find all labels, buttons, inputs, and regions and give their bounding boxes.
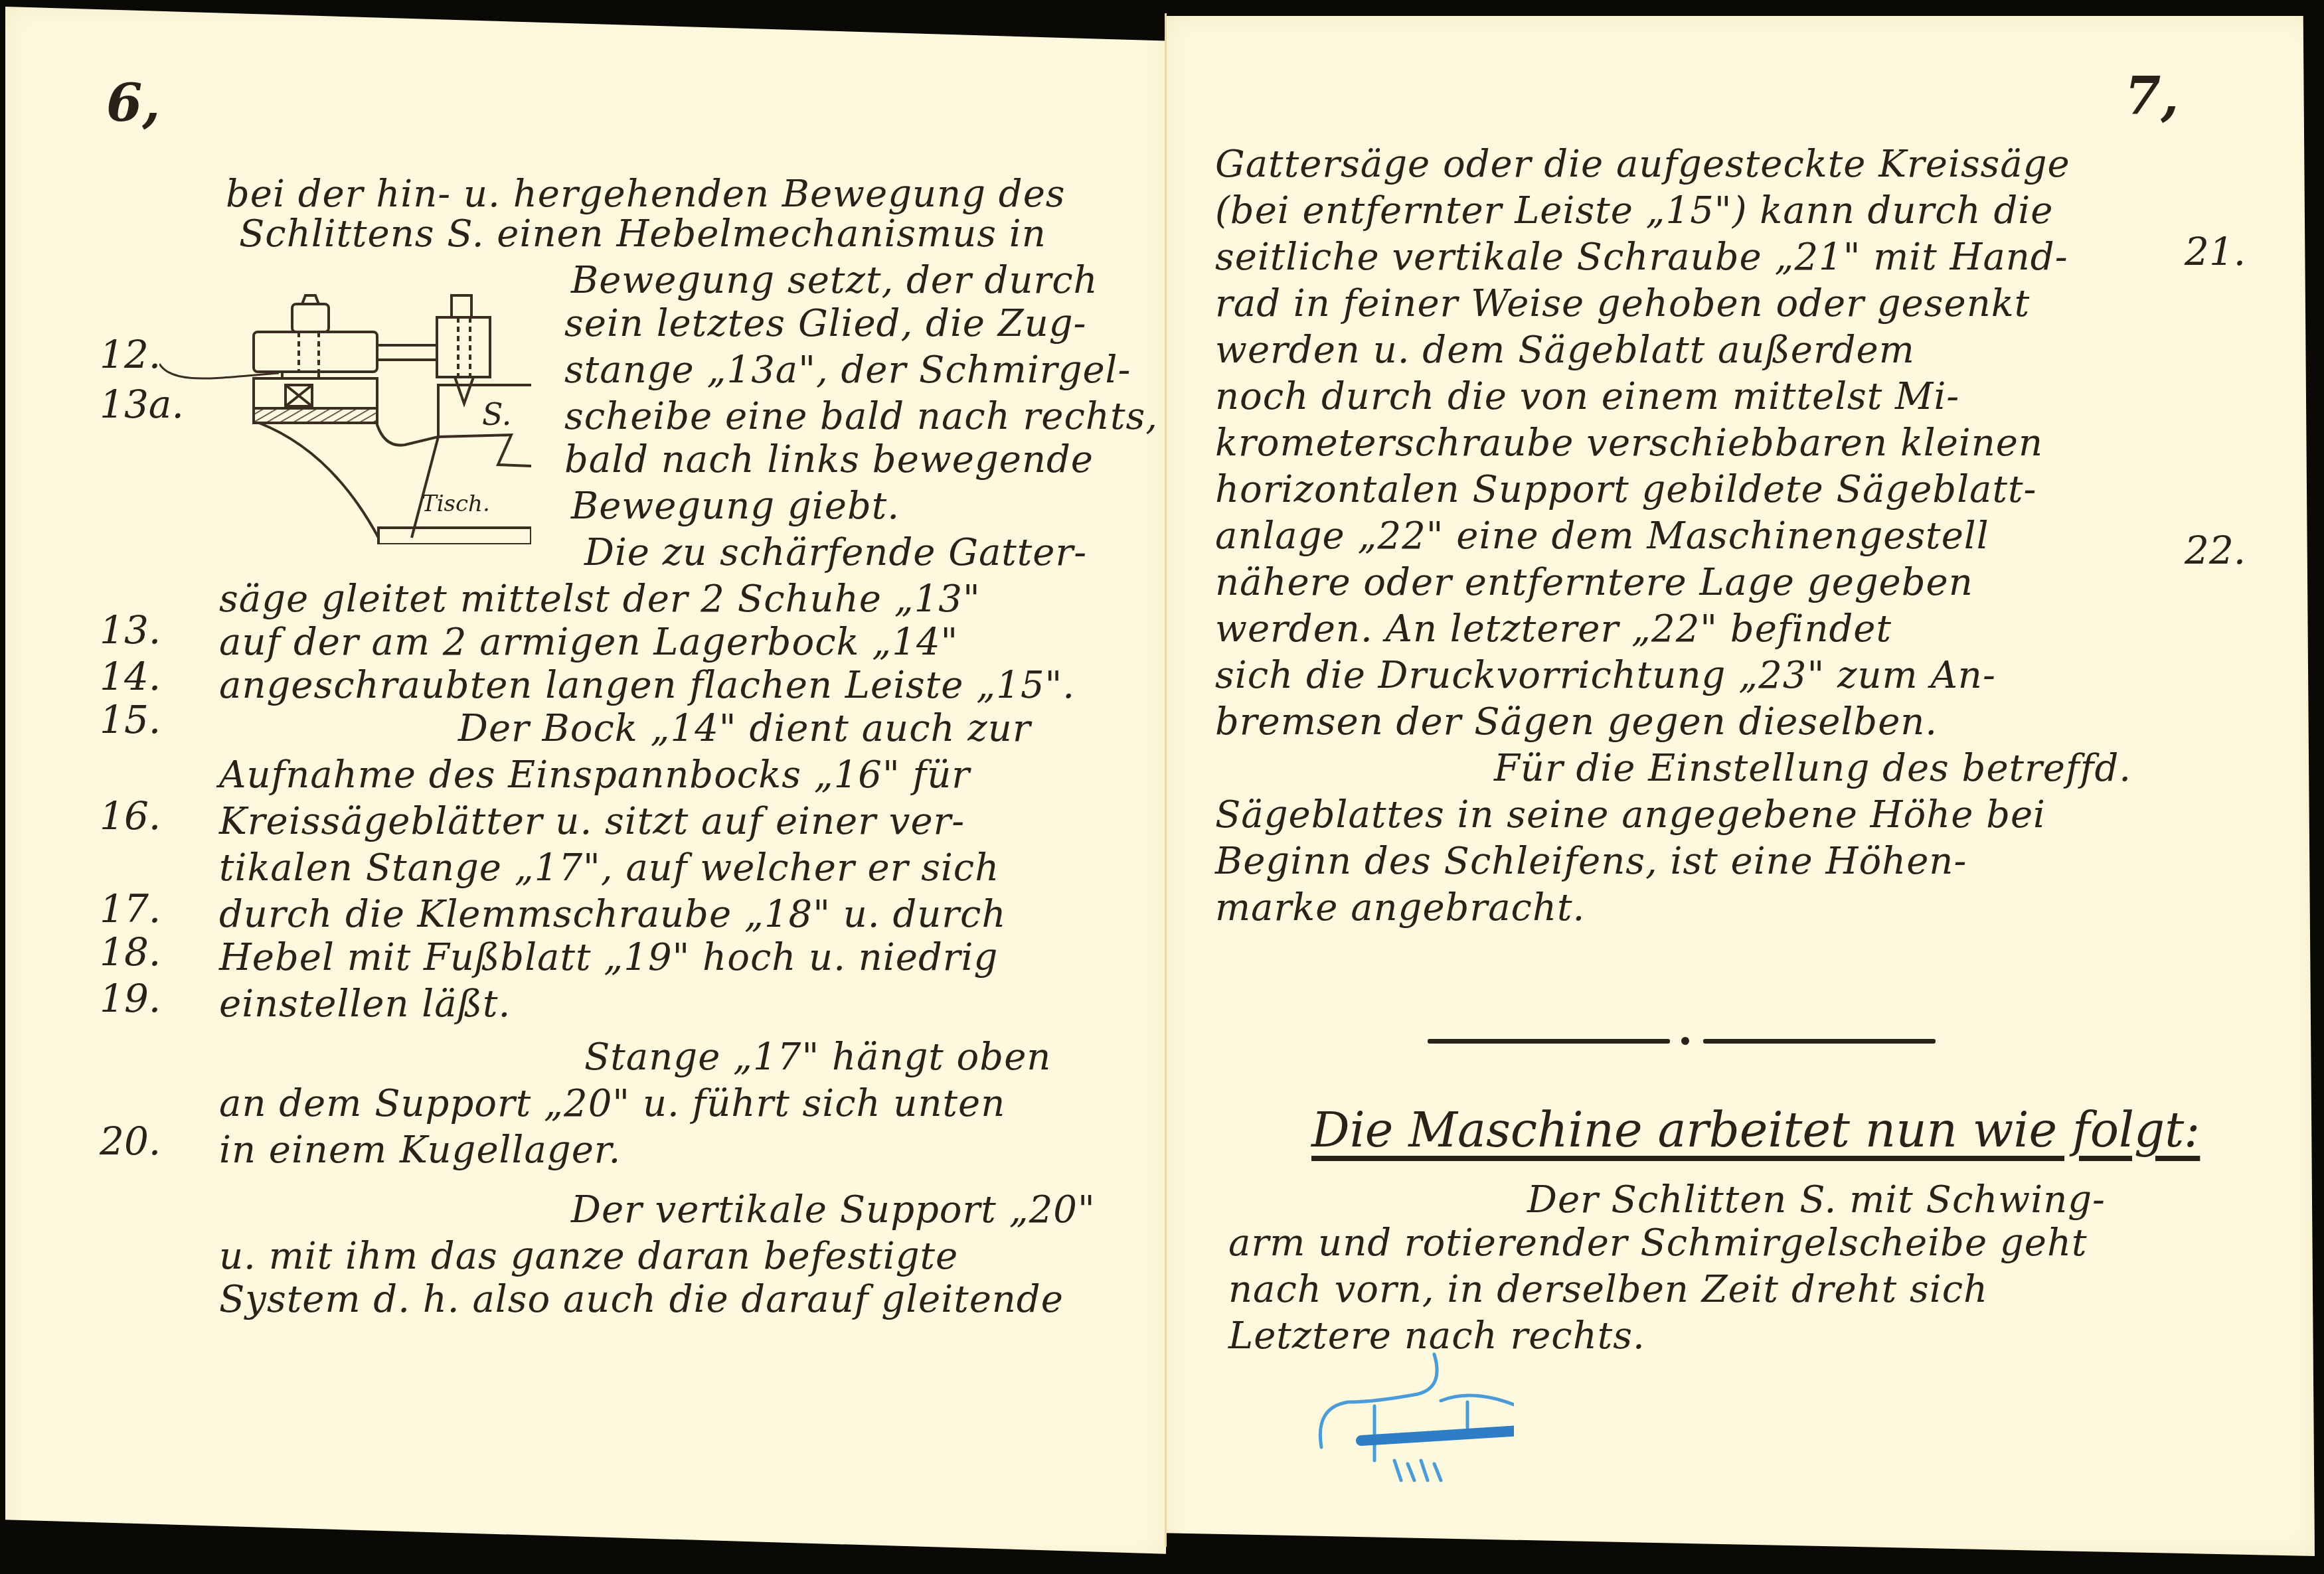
section-line-3: nach vorn, in derselben Zeit dreht sich bbox=[1228, 1268, 1988, 1311]
right-line-1: Gattersäge oder die aufgesteckte Kreissä… bbox=[1215, 143, 2070, 186]
left-line-5: stange „13a", der Schmirgel- bbox=[564, 349, 1131, 392]
right-line-5: werden u. dem Sägeblatt außerdem bbox=[1215, 329, 1915, 372]
right-line-17: marke angebracht. bbox=[1215, 886, 1585, 929]
right-line-3: seitliche vertikale Schraube „21" mit Ha… bbox=[1215, 236, 2068, 279]
left-line-9: Die zu schärfende Gatter- bbox=[584, 531, 1087, 574]
margin-number-15: 15. bbox=[100, 697, 161, 742]
page-number-right: 7, bbox=[2125, 66, 2179, 127]
margin-number-16: 16. bbox=[100, 793, 161, 838]
left-line-19: einstellen läßt. bbox=[219, 983, 511, 1026]
left-line-23: Der vertikale Support „20" bbox=[571, 1188, 1096, 1231]
right-line-10: nähere oder entferntere Lage gegeben bbox=[1215, 561, 1973, 604]
right-line-8: horizontalen Support gebildete Sägeblatt… bbox=[1215, 468, 2036, 511]
left-line-20: Stange „17" hängt oben bbox=[584, 1036, 1051, 1079]
right-line-14: Für die Einstellung des betreffd. bbox=[1494, 747, 2131, 790]
left-line-1: bei der hin- u. hergehenden Bewegung des bbox=[226, 173, 1066, 216]
right-line-13: bremsen der Sägen gegen dieselben. bbox=[1215, 700, 1938, 744]
margin-number-20: 20. bbox=[100, 1119, 161, 1164]
left-line-11: auf der am 2 armigen Lagerbock „14" bbox=[219, 621, 958, 664]
right-line-7: krometerschraube verschiebbaren kleinen bbox=[1215, 422, 2043, 465]
section-line-2: arm und rotierender Schmirgelscheibe geh… bbox=[1228, 1221, 2087, 1265]
blue-pencil-mark bbox=[1301, 1348, 1514, 1487]
left-line-16: tikalen Stange „17", auf welcher er sich bbox=[219, 846, 999, 890]
page-number-left: 6, bbox=[106, 73, 160, 133]
left-line-18: Hebel mit Fußblatt „19" hoch u. niedrig bbox=[219, 936, 998, 979]
margin-number-12: 12. bbox=[100, 332, 161, 377]
right-line-16: Beginn des Schleifens, ist eine Höhen- bbox=[1215, 840, 1967, 883]
left-line-15: Kreissägeblätter u. sitzt auf einer ver- bbox=[219, 800, 965, 843]
right-line-12: sich die Druckvorrichtung „23" zum An- bbox=[1215, 654, 1996, 697]
left-line-25: System d. h. also auch die darauf gleite… bbox=[219, 1278, 1064, 1321]
book-spread: 6, 7, bbox=[0, 0, 2324, 1574]
left-line-2: Schlittens S. einen Hebelmechanismus in bbox=[239, 212, 1046, 256]
right-line-15: Sägeblattes in seine angegebene Höhe bei bbox=[1215, 793, 2046, 836]
section-divider-right bbox=[1703, 1039, 1936, 1044]
left-line-3: Bewegung setzt, der durch bbox=[571, 259, 1098, 302]
gutter bbox=[1165, 13, 1167, 1547]
section-heading: Die Maschine arbeitet nun wie folgt: bbox=[1311, 1102, 2200, 1158]
left-line-14: Aufnahme des Einspannbocks „16" für bbox=[219, 753, 970, 797]
left-line-21: an dem Support „20" u. führt sich unten bbox=[219, 1082, 1005, 1125]
right-line-6: noch durch die von einem mittelst Mi- bbox=[1215, 375, 1959, 418]
right-line-11: werden. An letzterer „22" befindet bbox=[1215, 607, 1892, 651]
margin-number-13a: 13a. bbox=[100, 382, 184, 427]
margin-number-18: 18. bbox=[100, 929, 161, 975]
section-divider-dot bbox=[1681, 1037, 1689, 1045]
left-line-24: u. mit ihm das ganze daran befestigte bbox=[219, 1235, 958, 1278]
left-line-17: durch die Klemmschraube „18" u. durch bbox=[219, 893, 1007, 936]
right-line-4: rad in feiner Weise gehoben oder gesenkt bbox=[1215, 282, 2030, 325]
right-line-2: (bei entfernter Leiste „15") kann durch … bbox=[1215, 189, 2053, 232]
margin-number-13: 13. bbox=[100, 607, 161, 653]
section-heading-text: Die Maschine arbeitet nun wie folgt: bbox=[1311, 1102, 2200, 1158]
margin-number-22: 22. bbox=[2185, 528, 2246, 573]
left-line-4: sein letztes Glied, die Zug- bbox=[564, 302, 1087, 345]
left-line-6: scheibe eine bald nach rechts, bbox=[564, 395, 1158, 438]
diagram-label-slide: S. bbox=[482, 396, 512, 432]
margin-number-19: 19. bbox=[100, 976, 161, 1021]
left-line-10: säge gleitet mittelst der 2 Schuhe „13" bbox=[219, 578, 981, 621]
margin-number-21: 21. bbox=[2185, 229, 2246, 274]
diagram-label-table: Tisch. bbox=[422, 491, 490, 517]
section-line-1: Der Schlitten S. mit Schwing- bbox=[1527, 1178, 2106, 1221]
section-divider-left bbox=[1428, 1039, 1670, 1044]
left-line-7: bald nach links bewegende bbox=[564, 438, 1094, 481]
left-line-12: angeschraubten langen flachen Leiste „15… bbox=[219, 664, 1075, 707]
margin-number-17: 17. bbox=[100, 886, 161, 931]
machine-diagram: S. Tisch. bbox=[159, 292, 531, 544]
margin-number-14: 14. bbox=[100, 654, 161, 699]
left-line-8: Bewegung giebt. bbox=[571, 485, 900, 528]
right-line-9: anlage „22" eine dem Maschinengestell bbox=[1215, 514, 1989, 558]
left-line-13: Der Bock „14" dient auch zur bbox=[458, 707, 1031, 750]
left-line-22: in einem Kugellager. bbox=[219, 1129, 621, 1172]
